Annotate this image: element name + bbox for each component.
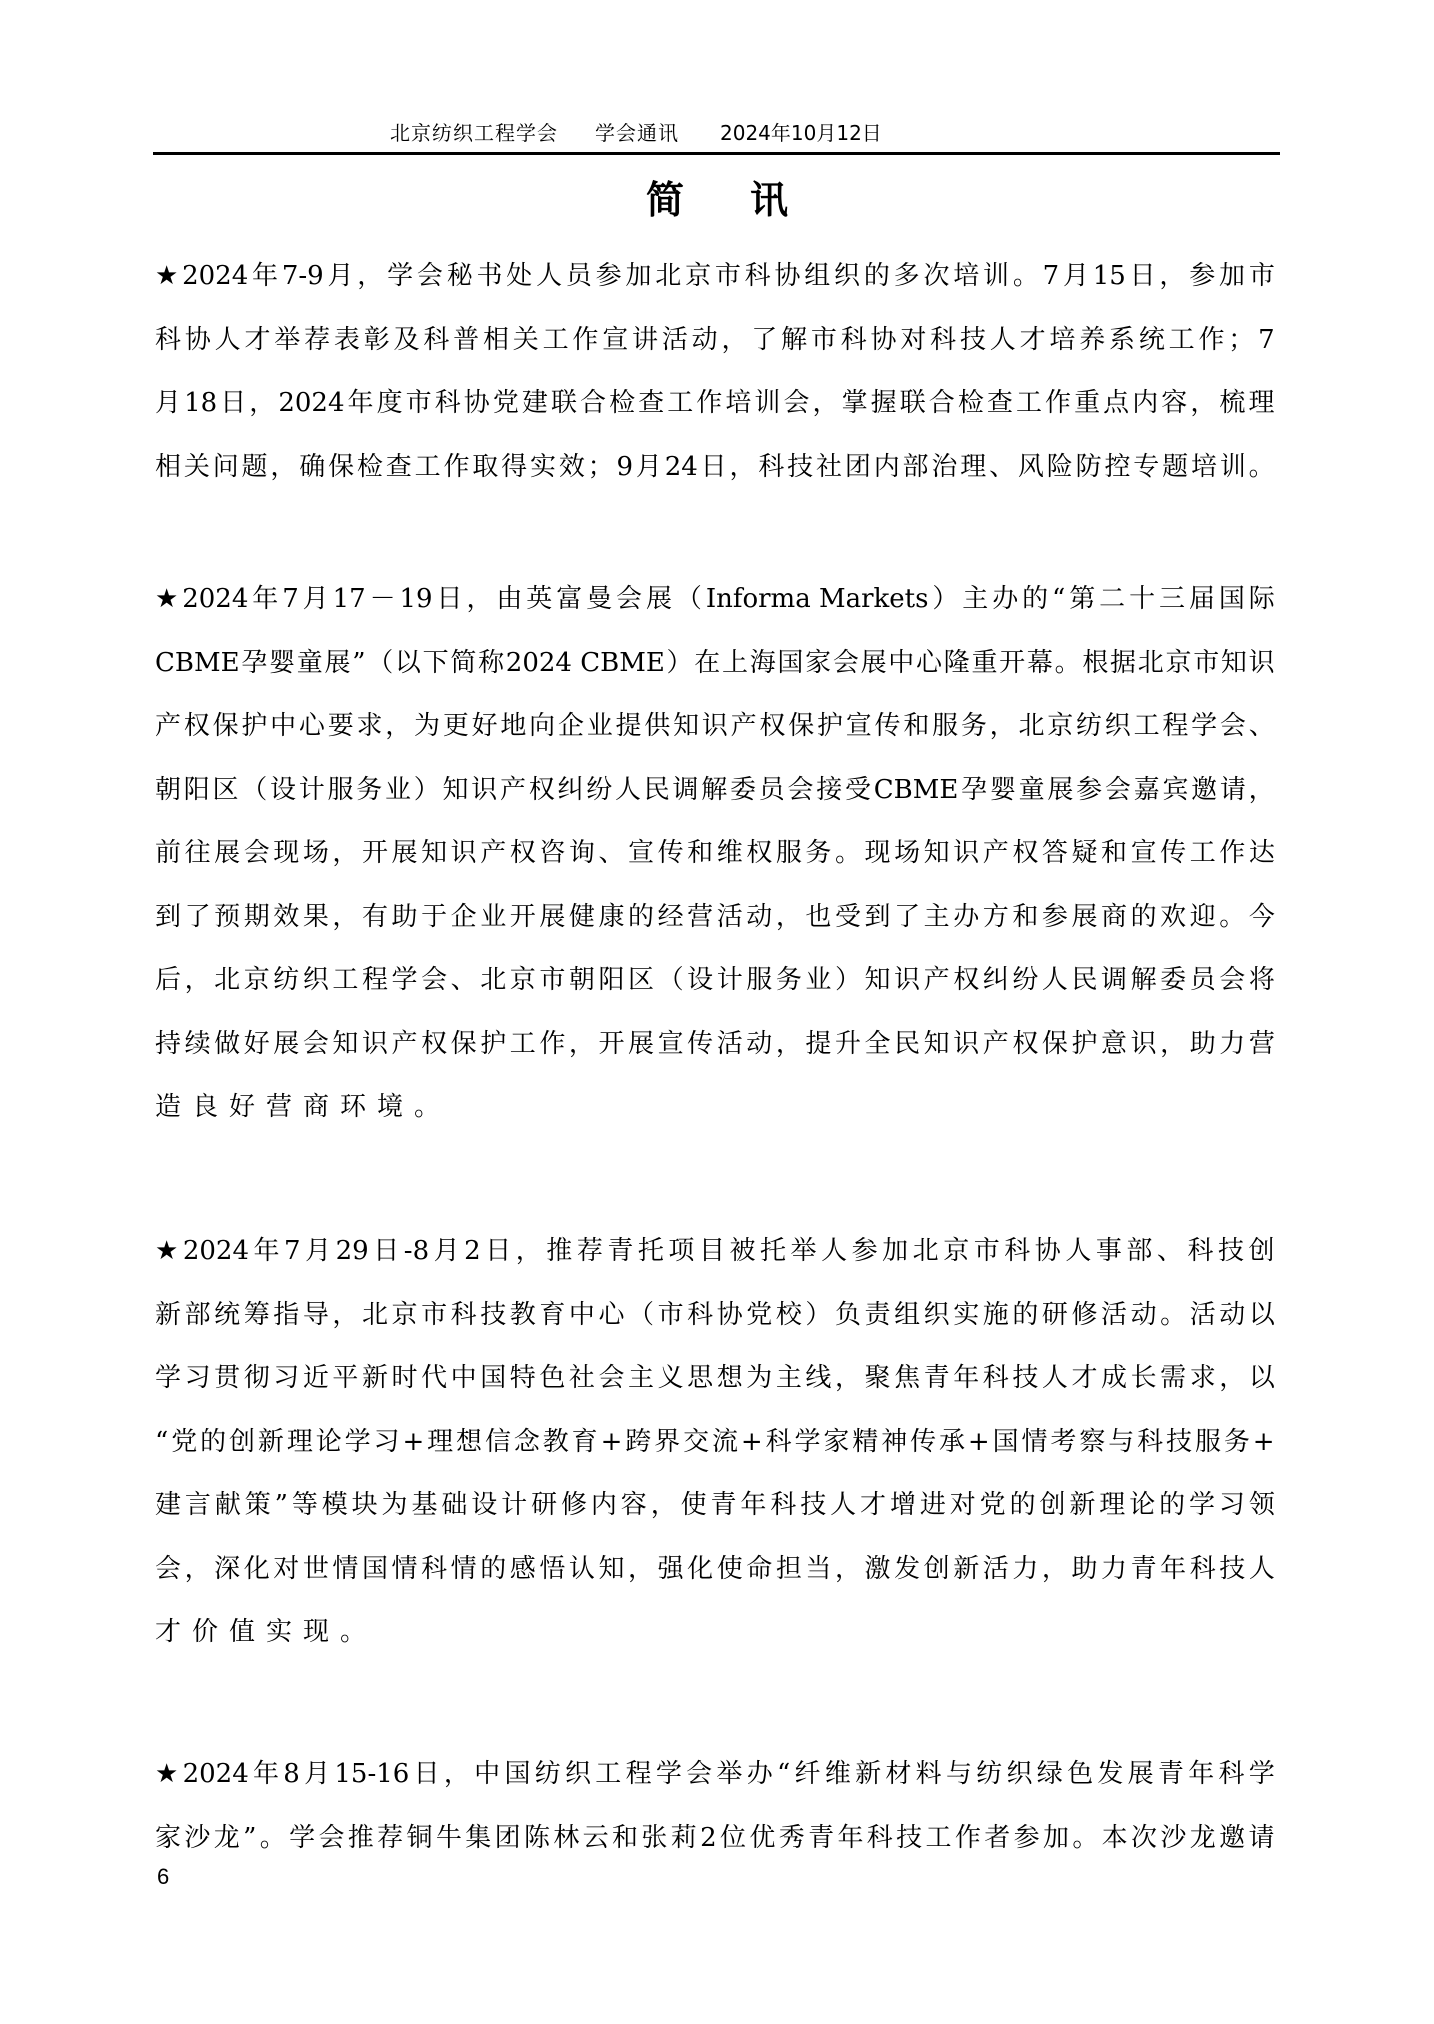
header-rule — [153, 152, 1280, 155]
text-line: 学习贯彻习近平新时代中国特色社会主义思想为主线，聚焦青年科技人才成长需求，以 — [155, 1347, 1275, 1411]
text-line: 朝阳区（设计服务业）知识产权纠纷人民调解委员会接受CBME孕婴童展参会嘉宾邀请， — [155, 759, 1275, 823]
news-item-2: ★2024年7月17－19日，由英富曼会展（Informa Markets）主办… — [155, 568, 1275, 1140]
text-line: ★2024年7月17－19日，由英富曼会展（Informa Markets）主办… — [155, 568, 1275, 632]
text-line: ★2024年7月29日-8月2日，推荐青托项目被托举人参加北京市科协人事部、科技… — [155, 1220, 1275, 1284]
text-line: 相关问题，确保检查工作取得实效；9月24日，科技社团内部治理、风险防控专题培训。 — [155, 436, 1275, 500]
text-line: 产权保护中心要求，为更好地向企业提供知识产权保护宣传和服务，北京纺织工程学会、 — [155, 695, 1275, 759]
header-organization: 北京纺织工程学会 — [390, 118, 558, 148]
document-page: 北京纺织工程学会 学会通讯 2024年10月12日 简讯 ★2024年7-9月，… — [0, 0, 1434, 2024]
text-line: ★2024年7-9月，学会秘书处人员参加北京市科协组织的多次培训。7月15日，参… — [155, 245, 1275, 309]
text-line: 新部统筹指导，北京市科技教育中心（市科协党校）负责组织实施的研修活动。活动以 — [155, 1284, 1275, 1348]
text-line: 造良好营商环境。 — [155, 1076, 1275, 1140]
text-line: 科协人才举荐表彰及科普相关工作宣讲活动，了解市科协对科技人才培养系统工作；7 — [155, 309, 1275, 373]
running-header: 北京纺织工程学会 学会通讯 2024年10月12日 — [153, 118, 1280, 148]
text-line: CBME孕婴童展”（以下简称2024 CBME）在上海国家会展中心隆重开幕。根据… — [155, 632, 1275, 696]
text-line: 后，北京纺织工程学会、北京市朝阳区（设计服务业）知识产权纠纷人民调解委员会将 — [155, 949, 1275, 1013]
header-publication: 学会通讯 — [595, 118, 679, 148]
page-number: 6 — [157, 1864, 169, 1890]
header-date: 2024年10月12日 — [720, 118, 882, 148]
text-line: 家沙龙”。学会推荐铜牛集团陈林云和张莉2位优秀青年科技工作者参加。本次沙龙邀请 — [155, 1807, 1275, 1847]
text-line: 前往展会现场，开展知识产权咨询、宣传和维权服务。现场知识产权答疑和宣传工作达 — [155, 822, 1275, 886]
text-line: 会，深化对世情国情科情的感悟认知，强化使命担当，激发创新活力，助力青年科技人 — [155, 1538, 1275, 1602]
text-line: 持续做好展会知识产权保护工作，开展宣传活动，提升全民知识产权保护意识，助力营 — [155, 1013, 1275, 1077]
text-line: 才价值实现。 — [155, 1601, 1275, 1665]
text-line: ★2024年8月15-16日，中国纺织工程学会举办“纤维新材料与纺织绿色发展青年… — [155, 1743, 1275, 1807]
text-line: “党的创新理论学习+理想信念教育+跨界交流+科学家精神传承+国情考察与科技服务+ — [155, 1411, 1275, 1475]
text-line: 建言献策”等模块为基础设计研修内容，使青年科技人才增进对党的创新理论的学习领 — [155, 1474, 1275, 1538]
news-item-1: ★2024年7-9月，学会秘书处人员参加北京市科协组织的多次培训。7月15日，参… — [155, 245, 1275, 499]
news-item-4: ★2024年8月15-16日，中国纺织工程学会举办“纤维新材料与纺织绿色发展青年… — [155, 1743, 1275, 1847]
text-line: 月18日，2024年度市科协党建联合检查工作培训会，掌握联合检查工作重点内容，梳… — [155, 372, 1275, 436]
page-title: 简讯 — [0, 176, 1434, 224]
news-item-3: ★2024年7月29日-8月2日，推荐青托项目被托举人参加北京市科协人事部、科技… — [155, 1220, 1275, 1665]
text-line: 到了预期效果，有助于企业开展健康的经营活动，也受到了主办方和参展商的欢迎。今 — [155, 886, 1275, 950]
